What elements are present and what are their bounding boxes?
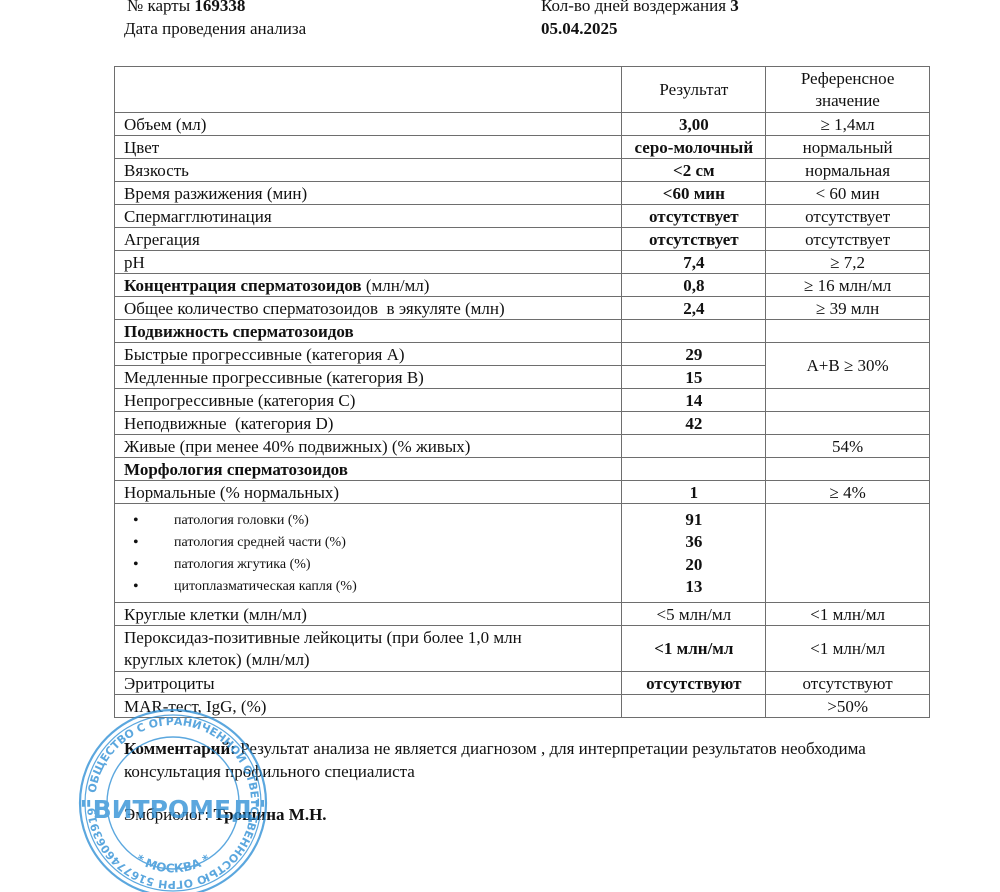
result-cell: 3,00 [622, 113, 766, 136]
card-number: № карты 169338 [127, 0, 245, 16]
empty-cell [622, 320, 766, 343]
result-cell: отсутствует [622, 228, 766, 251]
result-cell: <1 млн/мл [622, 626, 766, 672]
reference-cell-ab: A+B ≥ 30% [766, 343, 930, 389]
reference-cell: 54% [766, 435, 930, 458]
result-cell: 7,4 [622, 251, 766, 274]
reference-cell: отсутствует [766, 228, 930, 251]
list-item: патология средней части (%) [133, 532, 621, 554]
result-cell: отсутствует [622, 205, 766, 228]
result-value: 91 [622, 509, 765, 532]
table-header: Результат Референсное значение [115, 67, 930, 113]
result-cell: отсутствуют [622, 672, 766, 695]
result-value: 36 [622, 531, 765, 554]
abstinence-value: 3 [730, 0, 739, 15]
param-cell: Неподвижные (категория D) [115, 412, 622, 435]
result-value: 13 [622, 576, 765, 599]
table-row: Спермагглютинацияотсутствуетотсутствует [115, 205, 930, 228]
result-cell: серо-молочный [622, 136, 766, 159]
comment-label: Комментарий: [124, 739, 236, 758]
section-row-morphology: Морфология сперматозоидов [115, 458, 930, 481]
reference-cell: нормальная [766, 159, 930, 182]
result-cell: <2 см [622, 159, 766, 182]
table-row: Цветсеро-молочныйнормальный [115, 136, 930, 159]
list-item: патология головки (%) [133, 510, 621, 532]
pathology-list-cell: патология головки (%) патология средней … [115, 504, 622, 603]
stamp-icon: ОБЩЕСТВО С ОГРАНИЧЕННОЙ ОТВЕТСТВЕННОСТЬЮ… [76, 706, 270, 892]
result-cell [622, 695, 766, 718]
table-row: Неподвижные (категория D)42 [115, 412, 930, 435]
result-cell: <60 мин [622, 182, 766, 205]
list-item: патология жгутика (%) [133, 554, 621, 576]
empty-cell [766, 504, 930, 603]
reference-cell: отсутствует [766, 205, 930, 228]
table-row: Общее количество сперматозоидов в эякуля… [115, 297, 930, 320]
result-cell: 29 [622, 343, 766, 366]
reference-cell: отсутствуют [766, 672, 930, 695]
param-cell: pH [115, 251, 622, 274]
empty-cell [766, 389, 930, 412]
table-row: Быстрые прогрессивные (категория A)29A+B… [115, 343, 930, 366]
empty-cell [766, 412, 930, 435]
result-cell: 15 [622, 366, 766, 389]
results-table: Результат Референсное значение Объем (мл… [114, 66, 930, 718]
table-row: Пероксидаз-позитивные лейкоциты (при бол… [115, 626, 930, 672]
table-row-pathologies: патология головки (%) патология средней … [115, 504, 930, 603]
pathology-list: патология головки (%) патология средней … [115, 504, 621, 602]
table-row: Вязкость<2 смнормальная [115, 159, 930, 182]
abstinence-label: Кол-во дней воздержания [541, 0, 726, 15]
list-item: цитоплазматическая капля (%) [133, 576, 621, 598]
section-title: Морфология сперматозоидов [115, 458, 622, 481]
result-cell: <5 млн/мл [622, 603, 766, 626]
empty-cell [766, 458, 930, 481]
param-cell: Пероксидаз-позитивные лейкоциты (при бол… [115, 626, 622, 672]
header-param [115, 67, 622, 113]
param-cell: Объем (мл) [115, 113, 622, 136]
param-cell: Спермагглютинация [115, 205, 622, 228]
param-cell: Концентрация сперматозоидов (млн/мл) [115, 274, 622, 297]
table-row: Объем (мл)3,00≥ 1,4мл [115, 113, 930, 136]
reference-cell: ≥ 7,2 [766, 251, 930, 274]
result-cell: 14 [622, 389, 766, 412]
result-cell: 42 [622, 412, 766, 435]
reference-cell: ≥ 39 млн [766, 297, 930, 320]
empty-cell [622, 458, 766, 481]
result-cell: 1 [622, 481, 766, 504]
param-cell: Время разжижения (мин) [115, 182, 622, 205]
table-row: Время разжижения (мин)<60 мин< 60 мин [115, 182, 930, 205]
param-unit-text: (млн/мл) [362, 276, 430, 295]
result-value: 20 [622, 554, 765, 577]
result-cell [622, 435, 766, 458]
param-cell: Цвет [115, 136, 622, 159]
date-value: 05.04.2025 [541, 19, 618, 39]
svg-text:* МОСКВА *: * МОСКВА * [134, 851, 213, 875]
param-cell: Медленные прогрессивные (категория B) [115, 366, 622, 389]
table-row: Эритроцитыотсутствуютотсутствуют [115, 672, 930, 695]
reference-cell: < 60 мин [766, 182, 930, 205]
reference-cell: <1 млн/мл [766, 626, 930, 672]
param-cell: Эритроциты [115, 672, 622, 695]
reference-cell: ≥ 16 млн/мл [766, 274, 930, 297]
table-row: Нормальные (% нормальных)1≥ 4% [115, 481, 930, 504]
table-row: Агрегацияотсутствуетотсутствует [115, 228, 930, 251]
header-reference-text: Референсное значение [788, 68, 908, 112]
table-row: Непрогрессивные (категория C)14 [115, 389, 930, 412]
param-cell: Вязкость [115, 159, 622, 182]
param-cell: Круглые клетки (млн/мл) [115, 603, 622, 626]
result-cell: 0,8 [622, 274, 766, 297]
comment: Комментарий: Результат анализа не являет… [124, 737, 914, 783]
abstinence-days: Кол-во дней воздержания 3 [541, 0, 739, 16]
section-row-motility: Подвижность сперматозоидов [115, 320, 930, 343]
table-row: Круглые клетки (млн/мл)<5 млн/мл<1 млн/м… [115, 603, 930, 626]
section-title: Подвижность сперматозоидов [115, 320, 622, 343]
pathology-values-cell: 91 36 20 13 [622, 504, 766, 603]
header-reference: Референсное значение [766, 67, 930, 113]
param-cell: Агрегация [115, 228, 622, 251]
param-cell: Быстрые прогрессивные (категория A) [115, 343, 622, 366]
table-row: Концентрация сперматозоидов (млн/мл)0,8≥… [115, 274, 930, 297]
reference-cell: нормальный [766, 136, 930, 159]
date-label: Дата проведения анализа [124, 19, 306, 39]
comment-text: Результат анализа не является диагнозом … [124, 739, 866, 781]
table-row: Живые (при менее 40% подвижных) (% живых… [115, 435, 930, 458]
reference-cell: >50% [766, 695, 930, 718]
card-number-label: № карты [127, 0, 190, 15]
param-cell: Общее количество сперматозоидов в эякуля… [115, 297, 622, 320]
param-cell: Живые (при менее 40% подвижных) (% живых… [115, 435, 622, 458]
param-cell: Нормальные (% нормальных) [115, 481, 622, 504]
reference-cell: <1 млн/мл [766, 603, 930, 626]
param-cell: Непрогрессивные (категория C) [115, 389, 622, 412]
header-result: Результат [622, 67, 766, 113]
empty-cell [766, 320, 930, 343]
param-cell: MAR-тест, IgG, (%) [115, 695, 622, 718]
signature-label: Эмбриолог: [124, 805, 209, 824]
card-number-value: 169338 [194, 0, 245, 15]
table-row: pH7,4≥ 7,2 [115, 251, 930, 274]
reference-cell: ≥ 4% [766, 481, 930, 504]
signature-name: Трошина М.Н. [209, 805, 326, 824]
param-bold-text: Концентрация сперматозоидов [124, 276, 362, 295]
result-cell: 2,4 [622, 297, 766, 320]
table-row: MAR-тест, IgG, (%)>50% [115, 695, 930, 718]
reference-cell: ≥ 1,4мл [766, 113, 930, 136]
signature: Эмбриолог: Трошина М.Н. [124, 805, 327, 825]
